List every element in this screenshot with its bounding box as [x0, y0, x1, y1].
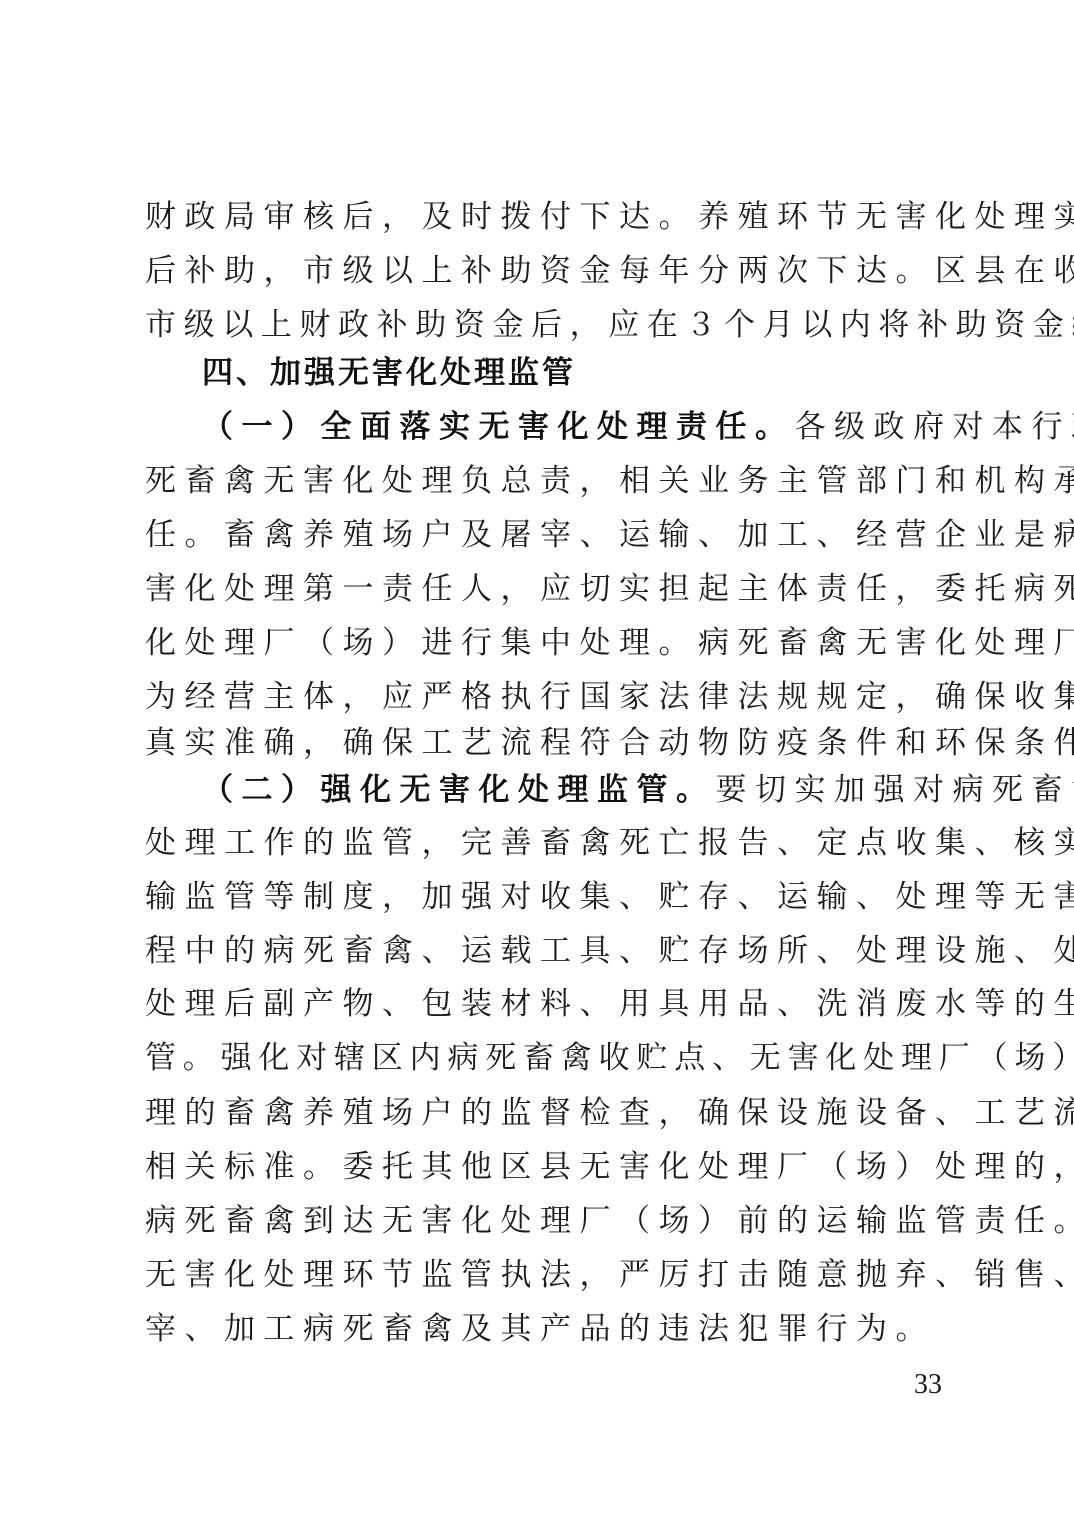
subsection-2-first-line: （二）强化无害化处理监管。要切实加强对病死畜禽无害化 [202, 763, 947, 817]
paragraph-line: 后补助，市级以上补助资金每年分两次下达。区县在收到下达的 [145, 244, 945, 298]
paragraph-line: 程中的病死畜禽、运载工具、贮存场所、处理设施、处理环节、 [145, 924, 945, 978]
paragraph-line: 管。强化对辖区内病死畜禽收贮点、无害化处理厂（场）、自行处 [145, 1031, 945, 1085]
paragraph-line: 任。畜禽养殖场户及屠宰、运输、加工、经营企业是病死畜禽无 [145, 508, 945, 562]
paragraph-line: 病死畜禽到达无害化处理厂（场）前的运输监管责任。切实加强 [145, 1194, 945, 1248]
paragraph-line: 死畜禽无害化处理负总责，相关业务主管部门和机构承担具体责 [145, 454, 945, 508]
paragraph-line: 无害化处理环节监管执法，严厉打击随意抛弃、销售、收购、屠 [145, 1248, 945, 1302]
paragraph-line: 市级以上财政补助资金后，应在３个月以内将补助资金给付到位。 [145, 298, 945, 352]
paragraph-line: 真实准确，确保工艺流程符合动物防疫条件和环保条件要求。 [145, 716, 945, 770]
paragraph-line: 化处理厂（场）进行集中处理。病死畜禽无害化处理厂（场）作 [145, 616, 945, 670]
paragraph-line: 宰、加工病死畜禽及其产品的违法犯罪行为。 [145, 1302, 945, 1356]
paragraph-line: 处理后副产物、包装材料、用具用品、洗消废水等的生物安全监 [145, 977, 945, 1031]
subsection-1-first-line: （一）全面落实无害化处理责任。各级政府对本行政区域病 [202, 400, 947, 454]
paragraph-line: 财政局审核后，及时拨付下达。养殖环节无害化处理实行先处理 [145, 190, 945, 244]
subsection-2-first-line-text: 要切实加强对病死畜禽无害化 [716, 772, 1074, 808]
section-heading: 四、加强无害化处理监管 [202, 346, 576, 400]
paragraph-line: 相关标准。委托其他区县无害化处理厂（场）处理的，还应承担 [145, 1140, 945, 1194]
paragraph-line: 理的畜禽养殖场户的监督检查，确保设施设备、工艺流程等符合 [145, 1086, 945, 1140]
document-page: 财政局审核后，及时拨付下达。养殖环节无害化处理实行先处理 后补助，市级以上补助资… [0, 0, 1074, 1520]
subsection-1-title: （一）全面落实无害化处理责任。 [202, 409, 795, 445]
paragraph-line: 处理工作的监管，完善畜禽死亡报告、定点收集、核实登记、运 [145, 816, 945, 870]
subsection-1-first-line-text: 各级政府对本行政区域病 [795, 409, 1074, 445]
page-number: 33 [914, 1368, 942, 1402]
paragraph-line: 输监管等制度，加强对收集、贮存、运输、处理等无害化处理过 [145, 870, 945, 924]
subsection-2-title: （二）强化无害化处理监管。 [202, 772, 716, 808]
paragraph-line: 害化处理第一责任人，应切实担起主体责任，委托病死畜禽无害 [145, 562, 945, 616]
